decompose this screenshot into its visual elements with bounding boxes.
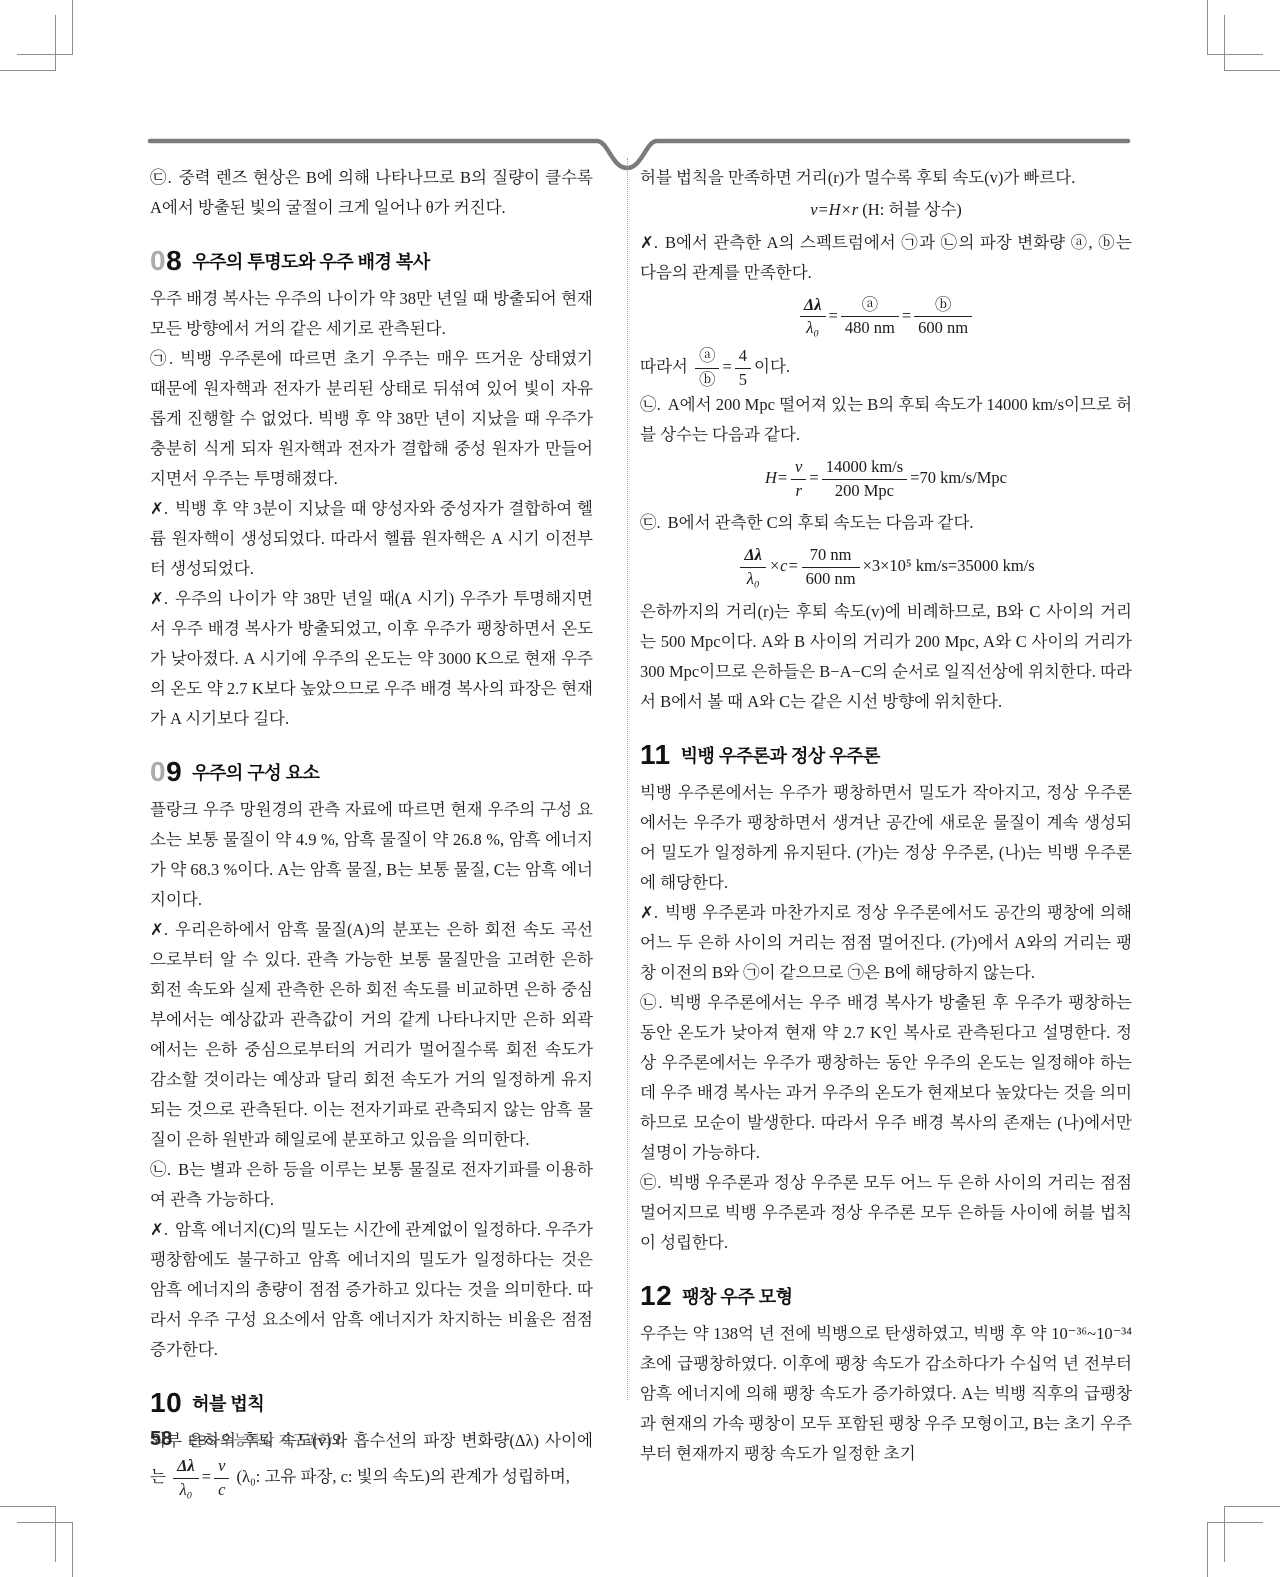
fraction: vc xyxy=(214,1456,229,1500)
answer-text: 빅뱅 우주론과 마찬가지로 정상 우주론에서도 공간의 팽창에 의해 어느 두 … xyxy=(640,903,1132,982)
answer-text: 빅뱅 후 약 3분이 지났을 때 양성자와 중성자가 결합하여 헬륨 원자핵이 … xyxy=(150,499,593,578)
equals-sign: = xyxy=(202,1467,211,1486)
crop-mark xyxy=(55,1506,56,1562)
fraction-numerator: ⓑ xyxy=(914,295,972,318)
answer-marker: ㉢. xyxy=(640,513,661,532)
paragraph-text: 은하까지의 거리(r)는 후퇴 속도(v)에 비례하므로, B와 C 사이의 거… xyxy=(640,602,1132,711)
answer-marker-crossed: ✗. xyxy=(640,233,658,252)
answer-text: 빅뱅 우주론에 따르면 초기 우주는 매우 뜨거운 상태였기 때문에 원자핵과 … xyxy=(150,349,593,488)
answer-text: B에서 관측한 A의 스펙트럼에서 ㉠과 ㉡의 파장 변화량 ⓐ, ⓑ는 다음의… xyxy=(640,233,1132,282)
section-title: 허블 법칙 xyxy=(192,1395,264,1417)
fraction-denominator: 600 nm xyxy=(914,317,972,339)
paragraph-text: 허블 법칙을 만족하면 거리(r)가 멀수록 후퇴 속도(v)가 빠르다. xyxy=(640,168,1075,187)
answer-text: 빅뱅 우주론에서는 우주가 팽창하면서 밀도가 작아지고, 정상 우주론에서는 … xyxy=(640,783,1132,892)
fraction: Δλλ₀ xyxy=(173,1456,199,1500)
fraction-numerator: 14000 km/s xyxy=(822,457,907,480)
section-11: 11 빅뱅 우주론과 정상 우주론 빅뱅 우주론에서는 우주가 팽창하면서 밀도… xyxy=(640,741,1132,1258)
fraction-numerator: v xyxy=(214,1456,229,1479)
answer-item: ✗.빅뱅 우주론과 마찬가지로 정상 우주론에서도 공간의 팽창에 의해 어느 … xyxy=(640,898,1132,988)
answer-item: ✗.암흑 에너지(C)의 밀도는 시간에 관계없이 일정하다. 우주가 팽창함에… xyxy=(150,1215,593,1365)
section-number-prefix: 0 xyxy=(150,756,166,787)
answer-item: ㉢.B에서 관측한 C의 후퇴 속도는 다음과 같다. xyxy=(640,508,1132,538)
section-title: 우주의 투명도와 우주 배경 복사 xyxy=(192,253,430,275)
answer-marker: ㉡. xyxy=(640,993,663,1012)
section-heading: 09 우주의 구성 요소 xyxy=(150,758,593,786)
formula-label: (H: 허블 상수) xyxy=(862,200,962,219)
fraction-denominator: λ₀ xyxy=(740,568,766,590)
section-number-digit: 9 xyxy=(166,756,182,787)
fraction-numerator: Δλ xyxy=(173,1456,199,1479)
crop-mark xyxy=(1224,1506,1280,1507)
fraction-numerator: v xyxy=(791,457,806,480)
section-09: 09 우주의 구성 요소 플랑크 우주 망원경의 관측 자료에 따르면 현재 우… xyxy=(150,758,593,1365)
equals-sign: = xyxy=(829,306,838,325)
answer-item: 플랑크 우주 망원경의 관측 자료에 따르면 현재 우주의 구성 요소는 보통 … xyxy=(150,795,593,915)
fraction-denominator: 200 Mpc xyxy=(822,480,907,502)
answer-text: 빅뱅 우주론에서는 우주 배경 복사가 방출된 후 우주가 팽창하는 동안 온도… xyxy=(640,993,1132,1162)
section-number-digit: 8 xyxy=(166,245,182,276)
fraction-denominator: λ₀ xyxy=(173,1479,199,1501)
answer-text: 우주는 약 138억 년 전에 빅뱅으로 탄생하였고, 빅뱅 후 약 10⁻³⁶… xyxy=(640,1324,1132,1463)
answer-item: ㉢.빅뱅 우주론과 정상 우주론 모두 어느 두 은하 사이의 거리는 점점 멀… xyxy=(640,1168,1132,1258)
section-heading: 11 빅뱅 우주론과 정상 우주론 xyxy=(640,741,1132,769)
answer-item: 우주 배경 복사는 우주의 나이가 약 38만 년일 때 방출되어 현재 모든 … xyxy=(150,284,593,344)
page-number: 58 xyxy=(150,1428,172,1451)
answer-item: ㉠.빅뱅 우주론에 따르면 초기 우주는 매우 뜨거운 상태였기 때문에 원자핵… xyxy=(150,344,593,494)
column-divider xyxy=(627,158,628,1400)
fraction-numerator: Δλ xyxy=(740,545,766,568)
paragraph-text: 따라서 xyxy=(640,357,688,376)
fraction-denominator: 480 nm xyxy=(841,317,899,339)
answer-item: ✗.빅뱅 후 약 3분이 지났을 때 양성자와 중성자가 결합하여 헬륨 원자핵… xyxy=(150,494,593,584)
section-number: 12 xyxy=(640,1282,672,1310)
section-heading: 12 팽창 우주 모형 xyxy=(640,1282,1132,1310)
answer-item: ✗.우리은하에서 암흑 물질(A)의 분포는 은하 회전 속도 곡선으로부터 알… xyxy=(150,915,593,1155)
crop-mark xyxy=(72,1522,73,1577)
answer-marker: ㉢. xyxy=(150,168,172,187)
section-number-prefix: 1 xyxy=(640,739,655,770)
section-number-prefix: 1 xyxy=(640,1280,656,1311)
answer-marker-crossed: ✗. xyxy=(640,903,658,922)
formula-lhs: H= xyxy=(765,468,788,487)
answer-text: A에서 200 Mpc 떨어져 있는 B의 후퇴 속도가 14000 km/s이… xyxy=(640,395,1132,444)
fraction: Δλλ₀ xyxy=(740,545,766,589)
formula-hubble-law: v=H×r (H: 허블 상수) xyxy=(640,200,1132,221)
formula-operator: ×c= xyxy=(769,556,799,575)
formula-rhs: =70 km/s/Mpc xyxy=(910,468,1007,487)
section-number-digit: 2 xyxy=(656,1280,672,1311)
answer-item: ㉡.A에서 200 Mpc 떨어져 있는 B의 후퇴 속도가 14000 km/… xyxy=(640,390,1132,450)
fraction: 45 xyxy=(735,346,751,390)
fraction-numerator: Δλ xyxy=(800,295,826,318)
section-title: 빅뱅 우주론과 정상 우주론 xyxy=(681,747,880,769)
answer-text: B에서 관측한 C의 후퇴 속도는 다음과 같다. xyxy=(668,513,974,532)
answer-item: ㉢.중력 렌즈 현상은 B에 의해 나타나므로 B의 질량이 클수록 A에서 방… xyxy=(150,163,593,223)
section-08: 08 우주의 투명도와 우주 배경 복사 우주 배경 복사는 우주의 나이가 약… xyxy=(150,247,593,734)
answer-item: ✗.우주의 나이가 약 38만 년일 때(A 시기) 우주가 투명해지면서 우주… xyxy=(150,584,593,734)
crop-mark xyxy=(17,1522,73,1523)
answer-item: ✗.B에서 관측한 A의 스펙트럼에서 ㉠과 ㉡의 파장 변화량 ⓐ, ⓑ는 다… xyxy=(640,228,1132,288)
page-footer: 58 EBS 수능특강 지구과학 Ⅰ xyxy=(150,1428,340,1451)
crop-mark xyxy=(1207,1522,1263,1523)
textbook-page: ㉢.중력 렌즈 현상은 B에 의해 나타나므로 B의 질량이 클수록 A에서 방… xyxy=(0,0,1280,1577)
fraction-numerator: 4 xyxy=(735,346,751,369)
answer-item: 우주는 약 138억 년 전에 빅뱅으로 탄생하였고, 빅뱅 후 약 10⁻³⁶… xyxy=(640,1319,1132,1469)
crop-mark xyxy=(1207,1522,1208,1577)
section-heading: 08 우주의 투명도와 우주 배경 복사 xyxy=(150,247,593,275)
fraction-denominator: 5 xyxy=(735,369,751,391)
section-number-digit: 0 xyxy=(166,1387,182,1418)
section-12: 12 팽창 우주 모형 우주는 약 138억 년 전에 빅뱅으로 탄생하였고, … xyxy=(640,1282,1132,1469)
fraction-denominator: ⓑ xyxy=(695,369,720,391)
section-number: 10 xyxy=(150,1389,182,1417)
fraction-numerator: 70 nm xyxy=(802,545,860,568)
answer-text: 플랑크 우주 망원경의 관측 자료에 따르면 현재 우주의 구성 요소는 보통 … xyxy=(150,800,593,909)
section-number-digit: 1 xyxy=(655,739,671,770)
answer-marker-crossed: ✗. xyxy=(150,589,168,608)
paragraph-with-formula: 따라서 ⓐⓑ=45이다. xyxy=(640,346,1132,390)
answer-item: 빅뱅 우주론에서는 우주가 팽창하면서 밀도가 작아지고, 정상 우주론에서는 … xyxy=(640,778,1132,898)
crop-mark xyxy=(0,1506,56,1507)
answer-item: ㉡.빅뱅 우주론에서는 우주 배경 복사가 방출된 후 우주가 팽창하는 동안 … xyxy=(640,988,1132,1168)
fraction: ⓑ600 nm xyxy=(914,295,972,339)
fraction-numerator: ⓐ xyxy=(841,295,899,318)
equals-sign: = xyxy=(902,306,911,325)
fraction: ⓐⓑ xyxy=(695,346,720,390)
formula-rhs: ×3×10⁵ km/s=35000 km/s xyxy=(863,556,1035,575)
book-title: EBS 수능특강 지구과학 Ⅰ xyxy=(188,1430,340,1450)
right-column: 허블 법칙을 만족하면 거리(r)가 멀수록 후퇴 속도(v)가 빠르다. v=… xyxy=(640,163,1132,1469)
answer-text: 우주의 나이가 약 38만 년일 때(A 시기) 우주가 투명해지면서 우주 배… xyxy=(150,589,593,728)
formula-wavelength-ratio: Δλλ₀=ⓐ480 nm=ⓑ600 nm xyxy=(640,295,1132,339)
fraction: Δλλ₀ xyxy=(800,295,826,339)
fraction: vr xyxy=(791,457,806,501)
answer-item: ㉡.B는 별과 은하 등을 이루는 보통 물질로 전자기파를 이용하여 관측 가… xyxy=(150,1155,593,1215)
formula-recession-velocity: Δλλ₀×c=70 nm600 nm×3×10⁵ km/s=35000 km/s xyxy=(640,545,1132,589)
answer-marker-crossed: ✗. xyxy=(150,499,168,518)
crop-mark xyxy=(1224,1506,1225,1562)
formula-math: v=H×r xyxy=(810,200,858,219)
section-title: 우주의 구성 요소 xyxy=(192,764,319,786)
answer-marker: ㉡. xyxy=(150,1160,171,1179)
section-title: 팽창 우주 모형 xyxy=(682,1288,792,1310)
equals-sign: = xyxy=(809,468,818,487)
top-rule-decoration xyxy=(0,0,1280,190)
answer-text: 우주 배경 복사는 우주의 나이가 약 38만 년일 때 방출되어 현재 모든 … xyxy=(150,289,593,338)
equals-sign: = xyxy=(722,357,731,376)
fraction: ⓐ480 nm xyxy=(841,295,899,339)
fraction: 70 nm600 nm xyxy=(802,545,860,589)
fraction-numerator: ⓐ xyxy=(695,346,720,369)
section-number: 08 xyxy=(150,247,182,275)
section-heading: 10 허블 법칙 xyxy=(150,1389,593,1417)
answer-text: B는 별과 은하 등을 이루는 보통 물질로 전자기파를 이용하여 관측 가능하… xyxy=(150,1160,593,1209)
formula-hubble-constant: H=vr=14000 km/s200 Mpc=70 km/s/Mpc xyxy=(640,457,1132,501)
section-number: 11 xyxy=(640,741,671,769)
section-number-prefix: 1 xyxy=(150,1387,166,1418)
answer-text: 우리은하에서 암흑 물질(A)의 분포는 은하 회전 속도 곡선으로부터 알 수… xyxy=(150,920,593,1149)
fraction-denominator: r xyxy=(791,480,806,502)
paragraph: 은하까지의 거리(r)는 후퇴 속도(v)에 비례하므로, B와 C 사이의 거… xyxy=(640,597,1132,717)
fraction: 14000 km/s200 Mpc xyxy=(822,457,907,501)
paragraph-text: (λ₀: 고유 파장, c: 빛의 속도)의 관계가 성립하며, xyxy=(237,1467,570,1486)
fraction-denominator: 600 nm xyxy=(802,568,860,590)
answer-text: 빅뱅 우주론과 정상 우주론 모두 어느 두 은하 사이의 거리는 점점 멀어지… xyxy=(640,1173,1132,1252)
answer-marker: ㉢. xyxy=(640,1173,661,1192)
fraction-denominator: c xyxy=(214,1479,229,1501)
answer-marker-crossed: ✗. xyxy=(150,920,168,939)
section-number-prefix: 0 xyxy=(150,245,166,276)
answer-marker-crossed: ✗. xyxy=(150,1220,168,1239)
answer-marker: ㉡. xyxy=(640,395,661,414)
paragraph-text: 이다. xyxy=(754,357,790,376)
answer-text: 중력 렌즈 현상은 B에 의해 나타나므로 B의 질량이 클수록 A에서 방출된… xyxy=(150,168,593,217)
section-number: 09 xyxy=(150,758,182,786)
answer-marker: ㉠. xyxy=(150,349,173,368)
left-column: ㉢.중력 렌즈 현상은 B에 의해 나타나므로 B의 질량이 클수록 A에서 방… xyxy=(150,163,593,1500)
paragraph: 허블 법칙을 만족하면 거리(r)가 멀수록 후퇴 속도(v)가 빠르다. xyxy=(640,163,1132,193)
answer-text: 암흑 에너지(C)의 밀도는 시간에 관계없이 일정하다. 우주가 팽창함에도 … xyxy=(150,1220,593,1359)
fraction-denominator: λ₀ xyxy=(800,317,826,339)
